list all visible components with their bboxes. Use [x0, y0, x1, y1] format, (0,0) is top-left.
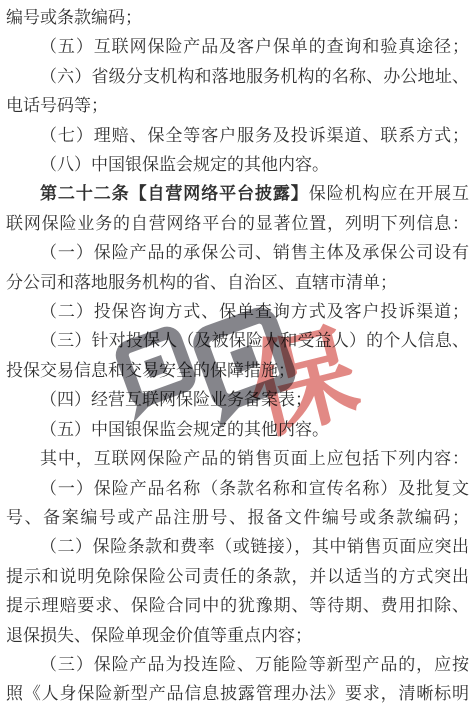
text-line: 照《人身保险新型产品信息披露管理办法》要求，清晰标明	[6, 679, 469, 706]
text-line: 投保交易信息和交易安全的保障措施；	[6, 356, 469, 385]
text-line: （七）理赔、保全等客户服务及投诉渠道、联系方式；	[6, 121, 469, 150]
text-line: （四）经营互联网保险业务备案表；	[6, 385, 469, 414]
text-line: 分公司和落地服务机构的省、自治区、直辖市清单；	[6, 268, 469, 297]
text-line: 电话号码等；	[6, 91, 469, 120]
text-line: （二）保险条款和费率（或链接），其中销售页面应突出	[6, 532, 469, 561]
text-line: 提示和说明免除保险公司责任的条款，并以适当的方式突出	[6, 562, 469, 591]
text-line: （三）保险产品为投连险、万能险等新型产品的，应按	[6, 650, 469, 679]
text-line: 联网保险业务的自营网络平台的显著位置，列明下列信息：	[6, 209, 469, 238]
article-heading: 第二十二条【自营网络平台披露】	[40, 184, 309, 203]
text-line: 其中，互联网保险产品的销售页面上应包括下列内容：	[6, 444, 469, 473]
text-line: 退保损失、保险单现金价值等重点内容；	[6, 621, 469, 650]
document-text: 编号或条款编码；（五）互联网保险产品及客户保单的查询和验真途径；（六）省级分支机…	[6, 3, 469, 706]
text-line: 第二十二条【自营网络平台披露】保险机构应在开展互	[6, 179, 469, 208]
text-line: （六）省级分支机构和落地服务机构的名称、办公地址、	[6, 62, 469, 91]
text-line: 编号或条款编码；	[6, 3, 469, 32]
text-line: （八）中国银保监会规定的其他内容。	[6, 150, 469, 179]
text-line: （一）保险产品的承保公司、销售主体及承保公司设有	[6, 238, 469, 267]
text-line: （二）投保咨询方式、保单查询方式及客户投诉渠道；	[6, 297, 469, 326]
text-line: 号、备案编号或产品注册号、报备文件编号或条款编码；	[6, 503, 469, 532]
text-line: 提示理赔要求、保险合同中的犹豫期、等待期、费用扣除、	[6, 591, 469, 620]
document-page: 编号或条款编码；（五）互联网保险产品及客户保单的查询和验真途径；（六）省级分支机…	[0, 0, 475, 706]
text-line: （五）互联网保险产品及客户保单的查询和验真途径；	[6, 32, 469, 61]
text-line: （三）针对投保人（及被保险人和受益人）的个人信息、	[6, 326, 469, 355]
text-line: （一）保险产品名称（条款名称和宣传名称）及批复文	[6, 474, 469, 503]
text-line: （五）中国银保监会规定的其他内容。	[6, 415, 469, 444]
